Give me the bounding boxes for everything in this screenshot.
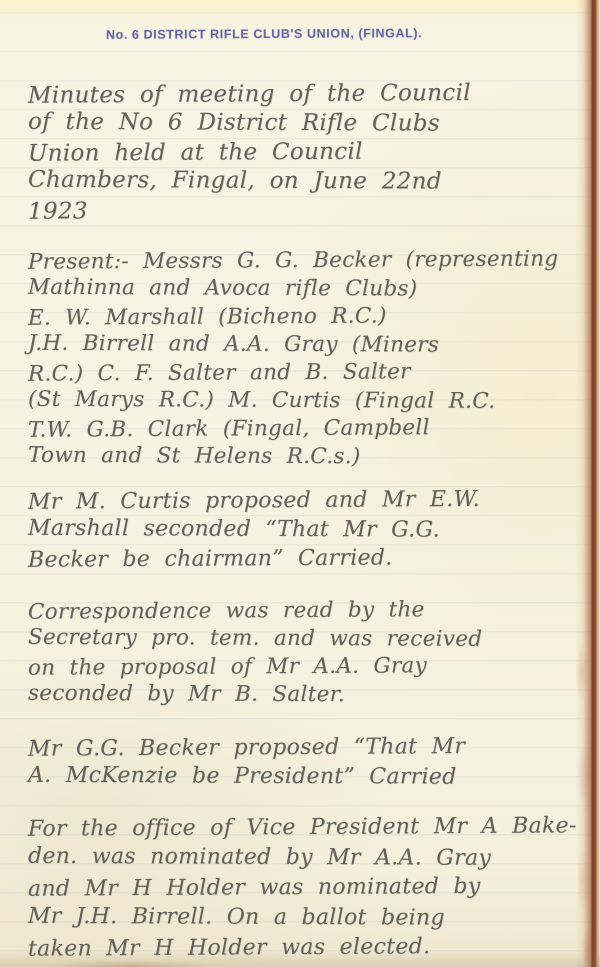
bottom-smudge [20, 953, 240, 967]
handwritten-line: Union held at the Council [28, 136, 582, 168]
handwritten-line: of the No 6 District Rifle Clubs [28, 108, 582, 139]
handwritten-line: Mr J.H. Birrell. On a ballot being [28, 902, 582, 934]
handwritten-line: T.W. G.B. Clark (Fingal, Campbell [28, 413, 582, 444]
handwritten-line: Secretary pro. tem. and was received [28, 624, 582, 654]
handwritten-line: Mathinna and Avoca rifle Clubs) [28, 274, 582, 304]
handwritten-line: E. W. Marshall (Bicheno R.C.) [28, 301, 582, 332]
handwritten-line: Marshall seconded “That Mr G.G. [28, 514, 582, 545]
paragraph-attendees: Present:- Messrs G. G. Becker (represent… [28, 247, 582, 471]
ledger-page-photo: No. 6 DISTRICT RIFLE CLUB'S UNION, (FING… [0, 0, 600, 967]
handwritten-line: (St Marys R.C.) M. Curtis (Fingal R.C. [28, 386, 582, 416]
handwritten-line: Mr G.G. Becker proposed “That Mr [28, 731, 582, 763]
book-page-edge [576, 0, 600, 967]
handwritten-line: Town and St Helens R.C.s.) [28, 442, 582, 472]
club-union-stamp: No. 6 DISTRICT RIFLE CLUB'S UNION, (FING… [106, 26, 426, 42]
handwritten-line: R.C.) C. F. Salter and B. Salter [28, 357, 582, 388]
paragraph-title-block: Minutes of meeting of the Council of the… [28, 80, 582, 225]
handwritten-line: J.H. Birrell and A.A. Gray (Miners [28, 330, 582, 360]
handwritten-line: Minutes of meeting of the Council [28, 78, 582, 110]
handwritten-line: seconded by Mr B. Salter. [28, 680, 582, 710]
paragraph-correspondence: Correspondence was read by the Secretary… [28, 597, 582, 709]
handwritten-line: A. McKenzie be President” Carried [28, 761, 582, 792]
handwritten-line: For the office of Vice President Mr A Ba… [28, 811, 582, 844]
handwritten-line: 1923 [28, 194, 582, 226]
handwritten-line: den. was nominated by Mr A.A. Gray [28, 842, 582, 874]
handwritten-line: and Mr H Holder was nominated by [28, 871, 582, 904]
paragraph-chairman-motion: Mr M. Curtis proposed and Mr E.W. Marsha… [28, 486, 582, 573]
handwritten-line: on the proposal of Mr A.A. Gray [28, 651, 582, 682]
paragraph-vice-president-ballot: For the office of Vice President Mr A Ba… [28, 813, 582, 963]
handwritten-line: Correspondence was read by the [28, 595, 582, 626]
handwritten-line: Present:- Messrs G. G. Becker (represent… [28, 245, 582, 276]
handwritten-line: Becker be chairman” Carried. [28, 542, 582, 574]
paragraph-president-motion: Mr G.G. Becker proposed “That Mr A. McKe… [28, 733, 582, 791]
handwritten-line: Chambers, Fingal, on June 22nd [28, 166, 582, 197]
handwritten-line: Mr M. Curtis proposed and Mr E.W. [28, 484, 582, 516]
